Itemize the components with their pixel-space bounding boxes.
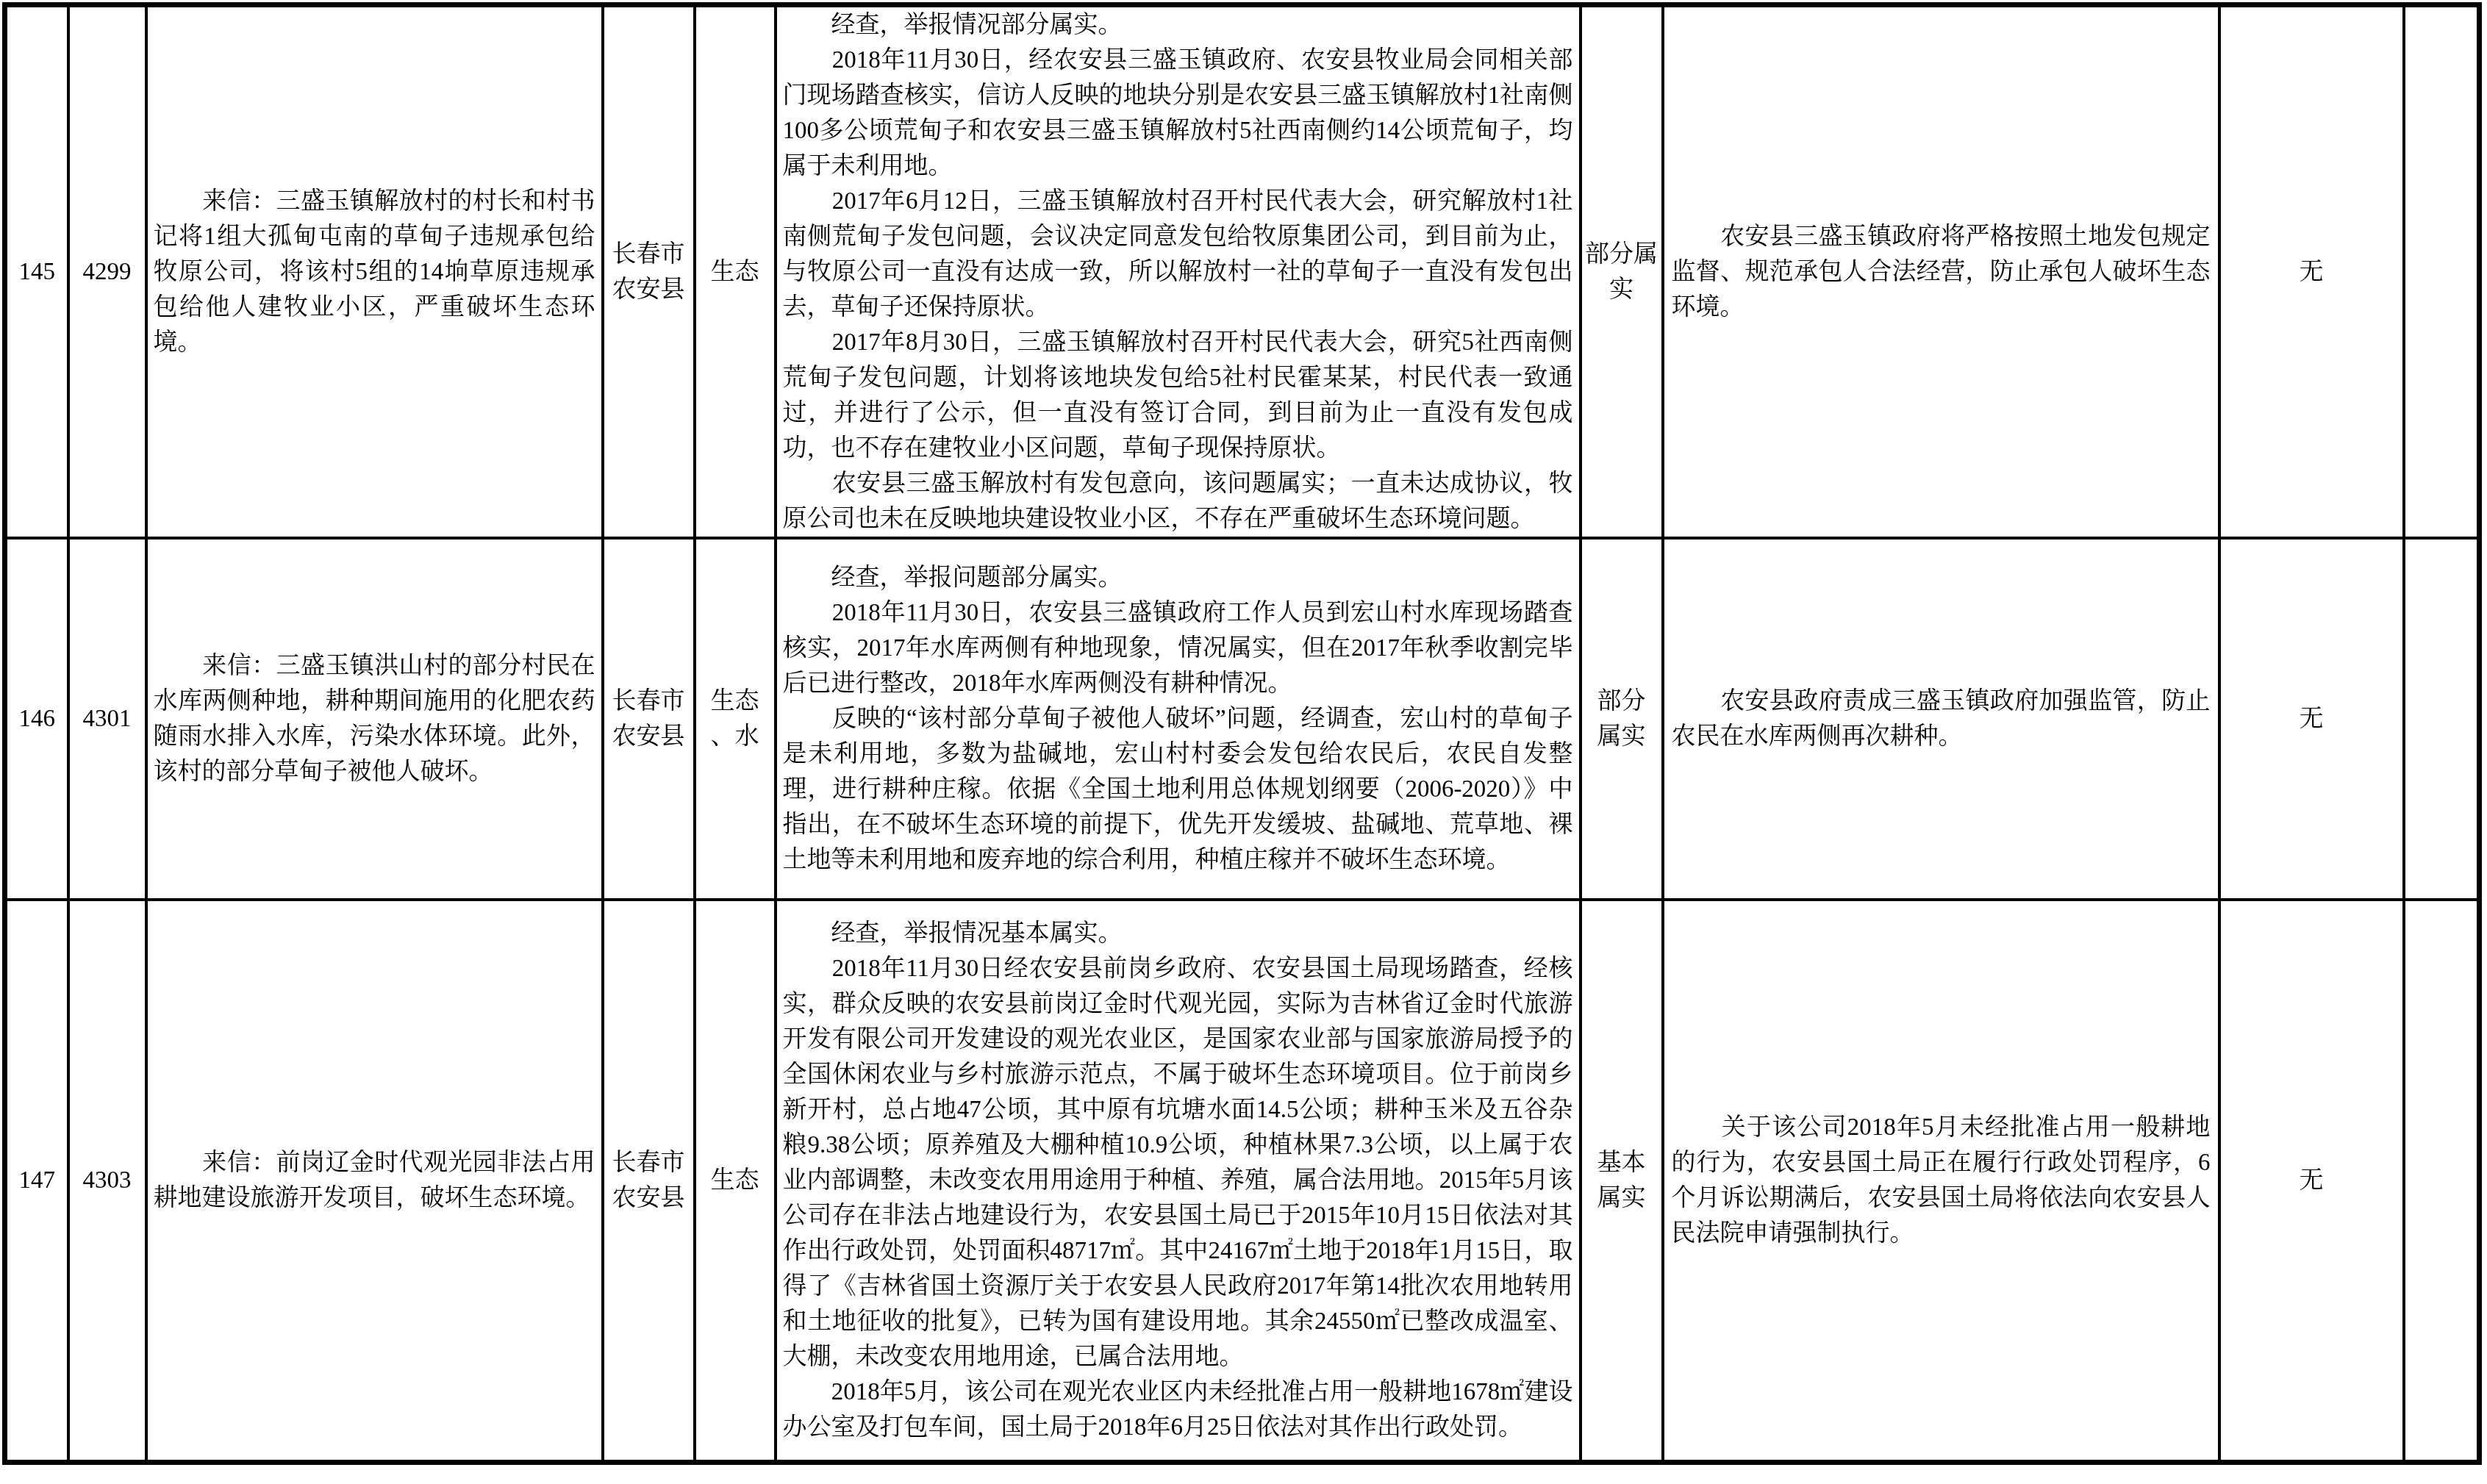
handling-cell: 农安县政府责成三盛玉镇政府加强监管，防止农民在水库两侧再次耕种。 bbox=[1663, 538, 2219, 900]
seq-cell: 145 bbox=[5, 5, 68, 539]
pollution-type-cell: 生态 bbox=[695, 900, 776, 1462]
investigation-cell: 经查，举报问题部分属实。 2018年11月30日，农安县三盛镇政府工作人员到宏山… bbox=[776, 538, 1581, 900]
empty-cell bbox=[2404, 900, 2480, 1462]
region-cell: 长春市 农安县 bbox=[603, 538, 695, 900]
region-cell: 长春市 农安县 bbox=[603, 5, 695, 539]
empty-cell bbox=[2404, 5, 2480, 539]
pollution-type-cell: 生态 、水 bbox=[695, 538, 776, 900]
accountability-cell: 无 bbox=[2219, 5, 2404, 539]
case-number-cell: 4299 bbox=[68, 5, 146, 539]
handling-cell: 农安县三盛玉镇政府将严格按照土地发包规定监督、规范承包人合法经营，防止承包人破坏… bbox=[1663, 5, 2219, 539]
complaint-cell: 来信：三盛玉镇洪山村的部分村民在水库两侧种地，耕种期间施用的化肥农药随雨水排入水… bbox=[146, 538, 603, 900]
investigation-cell: 经查，举报情况部分属实。 2018年11月30日，经农安县三盛玉镇政府、农安县牧… bbox=[776, 5, 1581, 539]
verification-cell: 部分 属实 bbox=[1581, 538, 1663, 900]
region-cell: 长春市 农安县 bbox=[603, 900, 695, 1462]
inspection-report-table: 145 4299 来信：三盛玉镇解放村的村长和村书记将1组大孤甸屯南的草甸子违规… bbox=[2, 2, 2482, 1465]
verification-cell: 部分属 实 bbox=[1581, 5, 1663, 539]
empty-cell bbox=[2404, 538, 2480, 900]
case-number-cell: 4301 bbox=[68, 538, 146, 900]
table-row: 147 4303 来信：前岗辽金时代观光园非法占用耕地建设旅游开发项目，破坏生态… bbox=[5, 900, 2480, 1462]
seq-cell: 147 bbox=[5, 900, 68, 1462]
case-number-cell: 4303 bbox=[68, 900, 146, 1462]
accountability-cell: 无 bbox=[2219, 900, 2404, 1462]
investigation-cell: 经查，举报情况基本属实。 2018年11月30日经农安县前岗乡政府、农安县国土局… bbox=[776, 900, 1581, 1462]
table-row: 146 4301 来信：三盛玉镇洪山村的部分村民在水库两侧种地，耕种期间施用的化… bbox=[5, 538, 2480, 900]
seq-cell: 146 bbox=[5, 538, 68, 900]
verification-cell: 基本 属实 bbox=[1581, 900, 1663, 1462]
handling-cell: 关于该公司2018年5月未经批准占用一般耕地的行为，农安县国土局正在履行行政处罚… bbox=[1663, 900, 2219, 1462]
pollution-type-cell: 生态 bbox=[695, 5, 776, 539]
complaint-cell: 来信：三盛玉镇解放村的村长和村书记将1组大孤甸屯南的草甸子违规承包给牧原公司，将… bbox=[146, 5, 603, 539]
table-row: 145 4299 来信：三盛玉镇解放村的村长和村书记将1组大孤甸屯南的草甸子违规… bbox=[5, 5, 2480, 539]
complaint-cell: 来信：前岗辽金时代观光园非法占用耕地建设旅游开发项目，破坏生态环境。 bbox=[146, 900, 603, 1462]
accountability-cell: 无 bbox=[2219, 538, 2404, 900]
